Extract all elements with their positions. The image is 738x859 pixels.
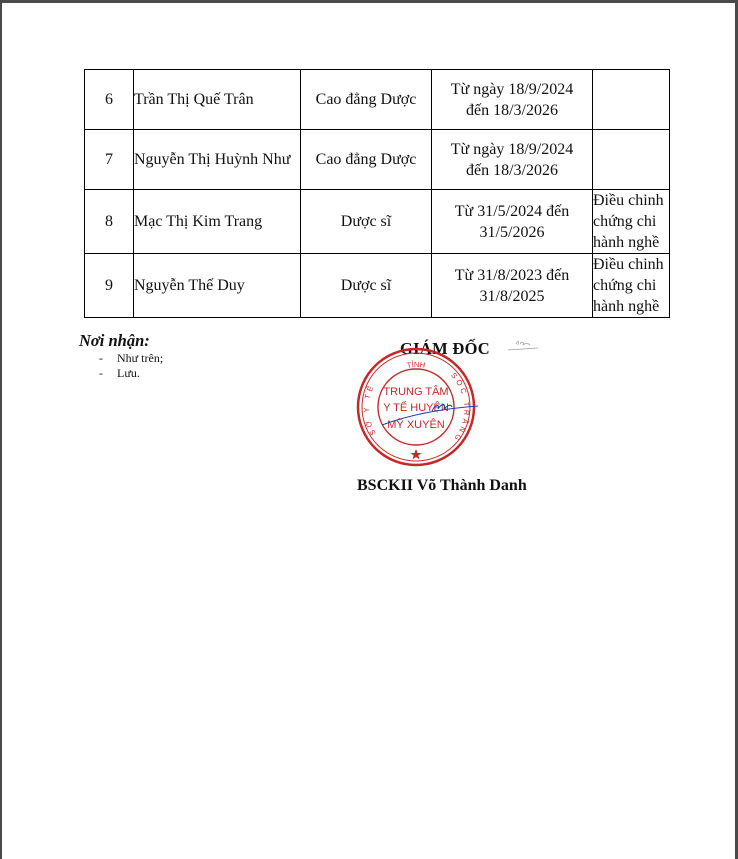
staff-name: Trần Thị Quế Trân [134, 70, 301, 130]
row-number: 8 [85, 190, 134, 254]
period-line: 31/5/2026 [432, 222, 592, 243]
table-row: 8Mạc Thị Kim TrangDược sĩTừ 31/5/2024 đế… [85, 190, 670, 254]
qualification: Cao đẳng Dược [301, 70, 432, 130]
practice-period: Từ 31/5/2024 đến31/5/2026 [432, 190, 593, 254]
period-line: 31/8/2025 [432, 286, 592, 307]
svg-text:SỞ Y TẾ: SỞ Y TẾ [362, 382, 378, 437]
practice-period: Từ ngày 18/9/2024đến 18/3/2026 [432, 70, 593, 130]
svg-text:TỈNH: TỈNH [406, 360, 426, 370]
period-line: đến 18/3/2026 [432, 100, 592, 121]
staff-table: 6Trần Thị Quế TrânCao đẳng DượcTừ ngày 1… [84, 69, 670, 318]
period-line: đến 18/3/2026 [432, 160, 592, 181]
table-row: 7Nguyễn Thị Huỳnh NhưCao đẳng DượcTừ ngà… [85, 130, 670, 190]
period-line: Từ ngày 18/9/2024 [432, 79, 592, 100]
note: Điều chinhchứng chihành nghề [593, 190, 670, 254]
recipients-block: Nơi nhận: -Như trên; -Lưu. [79, 331, 163, 381]
recipient-item: -Như trên; [99, 351, 163, 366]
qualification: Dược sĩ [301, 190, 432, 254]
official-seal-icon: TỈNH SỞ Y TẾ SÓC TRĂNG TRUNG TÂM Y TẾ HU… [354, 345, 478, 469]
recipient-item: -Lưu. [99, 366, 163, 381]
note [593, 130, 670, 190]
recipients-list: -Như trên; -Lưu. [79, 351, 163, 381]
note: Điều chinhchứng chihành nghề [593, 254, 670, 318]
staff-name: Mạc Thị Kim Trang [134, 190, 301, 254]
table-row: 6Trần Thị Quế TrânCao đẳng DượcTừ ngày 1… [85, 70, 670, 130]
qualification: Dược sĩ [301, 254, 432, 318]
svg-text:TRUNG TÂM: TRUNG TÂM [383, 385, 448, 398]
note-line: Điều chinh [593, 190, 669, 211]
staff-name: Nguyễn Thị Huỳnh Như [134, 130, 301, 190]
period-line: Từ 31/8/2023 đến [432, 265, 592, 286]
document-page: 6Trần Thị Quế TrânCao đẳng DượcTừ ngày 1… [2, 3, 735, 859]
recipients-title: Nơi nhận: [79, 331, 163, 351]
signer-name: BSCKII Võ Thành Danh [357, 477, 527, 495]
period-line: Từ 31/5/2024 đến [432, 201, 592, 222]
period-line: Từ ngày 18/9/2024 [432, 139, 592, 160]
note [593, 70, 670, 130]
row-number: 7 [85, 130, 134, 190]
table-row: 9Nguyễn Thế DuyDược sĩTừ 31/8/2023 đến31… [85, 254, 670, 318]
note-line: chứng chi [593, 211, 669, 232]
note-line: Điều chinh [593, 254, 669, 275]
staff-name: Nguyễn Thế Duy [134, 254, 301, 318]
note-line: hành nghề [593, 232, 669, 253]
note-line: chứng chi [593, 275, 669, 296]
practice-period: Từ 31/8/2023 đến31/8/2025 [432, 254, 593, 318]
qualification: Cao đẳng Dược [301, 130, 432, 190]
note-line: hành nghề [593, 296, 669, 317]
document-viewer: 6Trần Thị Quế TrânCao đẳng DượcTừ ngày 1… [0, 0, 738, 859]
practice-period: Từ ngày 18/9/2024đến 18/3/2026 [432, 130, 593, 190]
row-number: 6 [85, 70, 134, 130]
row-number: 9 [85, 254, 134, 318]
initials-mark-icon [502, 336, 542, 354]
